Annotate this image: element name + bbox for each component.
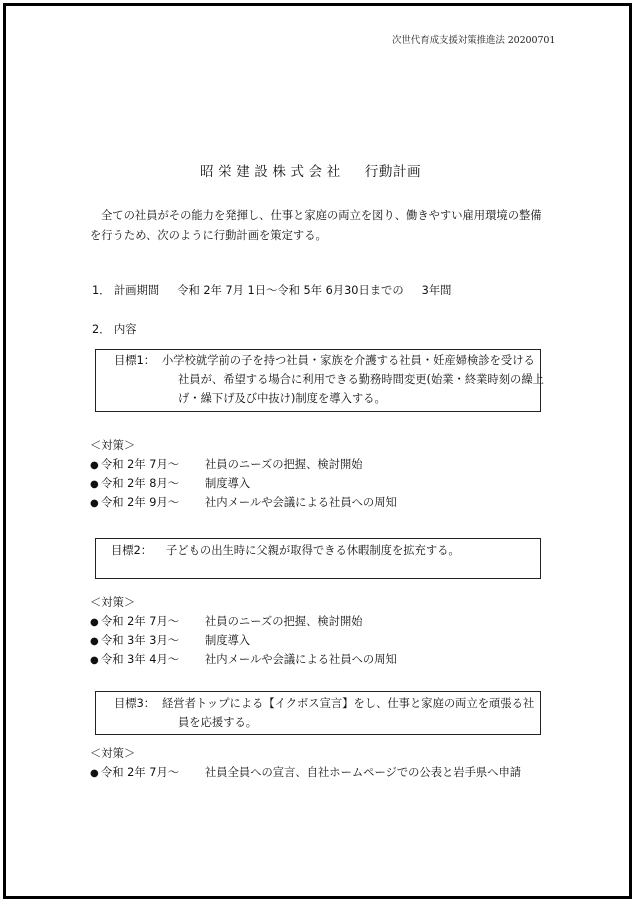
measure-item: ●令和 2年 7月〜社員のニーズの把握、検討開始 — [90, 612, 397, 631]
measure-action: 制度導入 — [205, 634, 250, 647]
measures-header: ＜対策＞ — [90, 436, 397, 455]
measure-item: ●令和 2年 7月〜社員のニーズの把握、検討開始 — [90, 455, 397, 474]
goal-label: 目標1： — [114, 351, 155, 371]
measure-date: 令和 2年 9月〜 — [101, 493, 205, 512]
measures-header: ＜対策＞ — [90, 744, 521, 763]
measure-date: 令和 3年 4月〜 — [101, 650, 205, 669]
section-label: 計画期間 — [114, 284, 159, 297]
section-label: 内容 — [114, 323, 137, 336]
measures-list-2: ＜対策＞ ●令和 2年 7月〜社員のニーズの把握、検討開始 ●令和 3年 3月〜… — [90, 593, 397, 669]
goal-label: 目標2： — [111, 541, 152, 561]
goal-box-1: 目標1： 小学校就学前の子を持つ社員・家族を介護する社員・妊産婦検診を受ける 社… — [95, 349, 541, 412]
goal-text-line: 小学校就学前の子を持つ社員・家族を介護する社員・妊産婦検診を受ける — [162, 351, 535, 371]
company-name: 昭栄建設株式会社 — [200, 164, 345, 180]
goal-text-line: 社員が、希望する場合に利用できる勤務時間変更(始業・終業時刻の繰上 — [178, 370, 544, 390]
measure-item: ●令和 2年 7月〜社員全員への宣言、自社ホームページでの公表と岩手県へ申請 — [90, 763, 521, 782]
measure-date: 令和 2年 7月〜 — [101, 763, 205, 782]
goal-text-line: げ・繰下げ及び中抜け)制度を導入する。 — [178, 389, 386, 409]
page-title: 昭栄建設株式会社行動計画 — [200, 160, 421, 180]
measure-action: 社員のニーズの把握、検討開始 — [205, 615, 363, 628]
measure-date: 令和 2年 7月〜 — [101, 612, 205, 631]
measure-date: 令和 2年 8月〜 — [101, 474, 205, 493]
measure-date: 令和 3年 3月〜 — [101, 631, 205, 650]
bullet-icon: ● — [90, 632, 101, 651]
goal-text-line: 経営者トップによる【イクボス宣言】をし、仕事と家庭の両立を頑張る社 — [162, 694, 534, 714]
measure-action: 制度導入 — [205, 477, 250, 490]
bullet-icon: ● — [90, 651, 101, 670]
measure-date: 令和 2年 7月〜 — [101, 455, 205, 474]
bullet-icon: ● — [90, 494, 101, 513]
measure-action: 社員全員への宣言、自社ホームページでの公表と岩手県へ申請 — [205, 766, 521, 779]
measure-item: ●令和 2年 9月〜社内メールや会議による社員への周知 — [90, 493, 397, 512]
intro-line-1: 全ての社員がその能力を発揮し、仕事と家庭の両立を図り、働きやすい雇用環境の整備 — [90, 206, 550, 226]
section-number: 2． — [92, 321, 114, 337]
intro-paragraph: 全ての社員がその能力を発揮し、仕事と家庭の両立を図り、働きやすい雇用環境の整備 … — [90, 206, 550, 246]
measure-action: 社員のニーズの把握、検討開始 — [205, 458, 363, 471]
goal-label: 目標3： — [114, 694, 155, 714]
plan-title: 行動計画 — [365, 164, 421, 180]
bullet-icon: ● — [90, 613, 101, 632]
goal-box-2: 目標2： 子どもの出生時に父親が取得できる休暇制度を拡充する。 — [95, 538, 541, 579]
goal-text-line: 員を応援する。 — [178, 713, 257, 733]
section-plan-period: 1．計画期間令和 2年 7月 1日〜令和 5年 6月30日までの3年間 — [92, 282, 451, 298]
bullet-icon: ● — [90, 475, 101, 494]
plan-period: 令和 2年 7月 1日〜令和 5年 6月30日までの — [177, 284, 403, 297]
measures-list-1: ＜対策＞ ●令和 2年 7月〜社員のニーズの把握、検討開始 ●令和 2年 8月〜… — [90, 436, 397, 512]
section-number: 1． — [92, 282, 114, 298]
measure-action: 社内メールや会議による社員への周知 — [205, 496, 397, 509]
measures-list-3: ＜対策＞ ●令和 2年 7月〜社員全員への宣言、自社ホームページでの公表と岩手県… — [90, 744, 521, 782]
intro-line-2: を行うため、次のように行動計画を策定する。 — [90, 226, 550, 246]
measures-header: ＜対策＞ — [90, 593, 397, 612]
goal-text-line: 子どもの出生時に父親が取得できる休暇制度を拡充する。 — [166, 541, 460, 561]
bullet-icon: ● — [90, 456, 101, 475]
plan-duration: 3年間 — [422, 284, 452, 297]
goal-box-3: 目標3： 経営者トップによる【イクボス宣言】をし、仕事と家庭の両立を頑張る社 員… — [95, 691, 541, 735]
measure-item: ●令和 3年 3月〜制度導入 — [90, 631, 397, 650]
measure-item: ●令和 3年 4月〜社内メールや会議による社員への周知 — [90, 650, 397, 669]
measure-item: ●令和 2年 8月〜制度導入 — [90, 474, 397, 493]
bullet-icon: ● — [90, 764, 101, 783]
measure-action: 社内メールや会議による社員への周知 — [205, 653, 397, 666]
section-contents: 2．内容 — [92, 321, 137, 337]
law-reference: 次世代育成支援対策推進法 20200701 — [392, 32, 555, 46]
